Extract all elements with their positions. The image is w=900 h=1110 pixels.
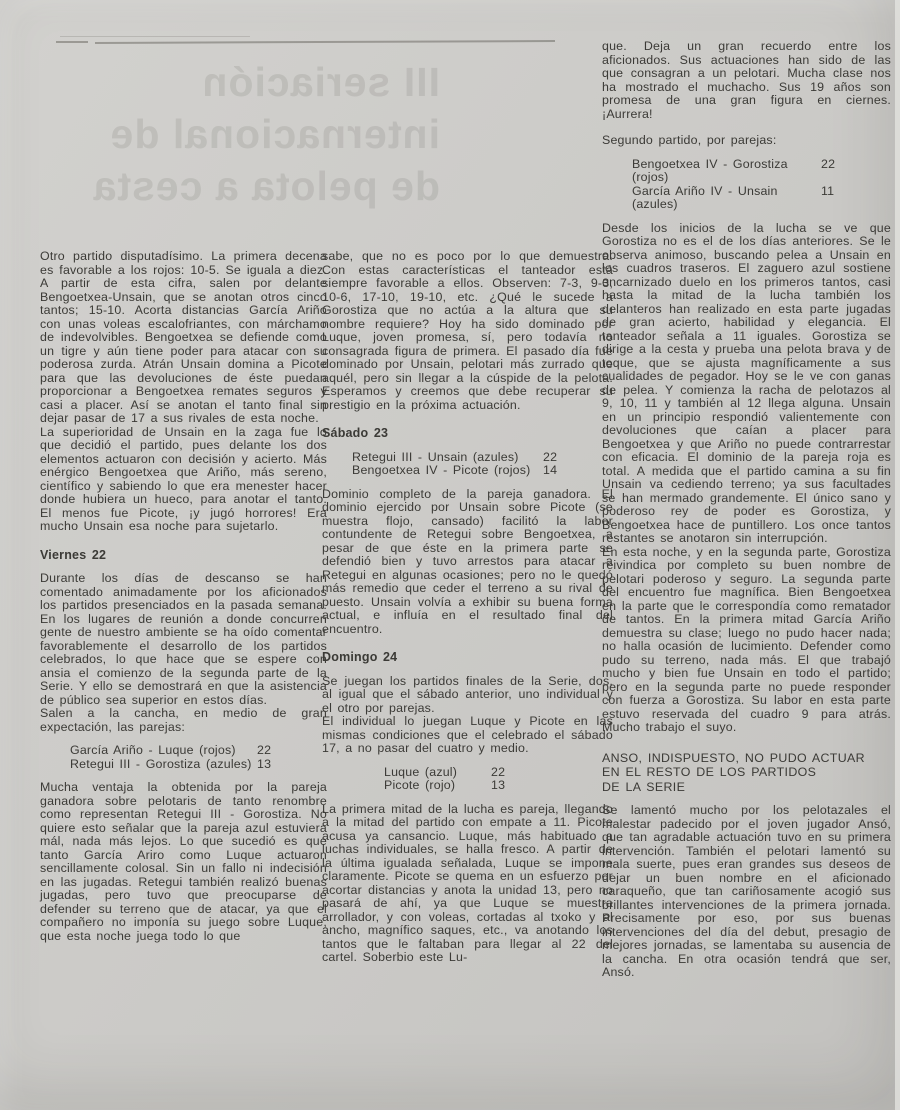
team-score: 22 [257, 744, 287, 758]
paragraph: que. Deja un gran recuerdo entre los afi… [602, 40, 891, 121]
team-names: Retegui III - Unsain (azules) [352, 451, 543, 465]
team-names: Luque (azul) [384, 766, 491, 780]
scoreline-block: Luque (azul)22Picote (rojo)13 [322, 766, 613, 793]
team-names: Bengoetxea IV - Gorostiza (rojos) [632, 158, 821, 185]
paragraph: Mucha ventaja la obtenida por la pareja … [40, 781, 327, 943]
paragraph: La superioridad de Unsain en la zaga fue… [40, 426, 327, 534]
paragraph: La primera mitad de la lucha es pareja, … [322, 803, 613, 965]
paragraph: En esta noche, y en la segunda parte, Go… [602, 546, 891, 735]
scoreline: Bengoetxea IV - Picote (rojos)14 [352, 464, 573, 478]
team-names: García Ariño IV - Unsain (azules) [632, 185, 821, 212]
paragraph: Dominio completo de la pareja ganadora. … [322, 488, 613, 637]
scoreline: Picote (rojo)13 [384, 779, 521, 793]
show-through-rule-faint [60, 36, 250, 37]
paragraph: Segundo partido, por parejas: [602, 134, 891, 148]
bleedthrough-line: III seriación [52, 56, 440, 108]
paragraph: Salen a la cancha, en medio de gran expe… [40, 707, 327, 734]
paragraph: Otro partido disputadísimo. La primera d… [40, 250, 327, 426]
bleedthrough-line: internacional de [52, 108, 440, 160]
scoreline: Retegui III - Gorostiza (azules)13 [70, 758, 287, 772]
scoreline: García Ariño IV - Unsain (azules)11 [632, 185, 851, 212]
paragraph: El individual lo juegan Luque y Picote e… [322, 715, 613, 756]
team-score: 13 [257, 758, 287, 772]
team-score: 11 [821, 185, 851, 212]
paragraph: Se juegan los partidos finales de la Ser… [322, 675, 613, 716]
scoreline: Luque (azul)22 [384, 766, 521, 780]
subsection-heading-caps: ANSO, INDISPUESTO, NO PUDO ACTUAREN EL R… [602, 751, 891, 795]
show-through-rule-segment [56, 41, 88, 43]
paragraph: Se lamentó mucho por los pelotazales el … [602, 804, 891, 980]
section-heading: Sábado 23 [322, 427, 613, 441]
column-middle: sabe, que no es poco por lo que demuestr… [322, 250, 613, 965]
paragraph: Durante los días de descanso se han come… [40, 572, 327, 707]
section-heading: Domingo 24 [322, 651, 613, 665]
team-names: Picote (rojo) [384, 779, 491, 793]
scoreline: García Ariño - Luque (rojos)22 [70, 744, 287, 758]
team-score: 13 [491, 779, 521, 793]
paragraph: sabe, que no es poco por lo que demuestr… [322, 250, 613, 412]
scanned-magazine-page: III seriacióninternacional dede pelota a… [0, 0, 900, 1110]
scoreline: Bengoetxea IV - Gorostiza (rojos)22 [632, 158, 851, 185]
scoreline-block: Retegui III - Unsain (azules)22Bengoetxe… [322, 451, 613, 478]
column-left: Otro partido disputadísimo. La primera d… [40, 250, 327, 943]
bleedthrough-line: de pelota a cesta [52, 160, 440, 212]
bleedthrough-headline: III seriacióninternacional dede pelota a… [52, 56, 440, 212]
scoreline-block: García Ariño - Luque (rojos)22Retegui II… [40, 744, 327, 771]
team-names: García Ariño - Luque (rojos) [70, 744, 257, 758]
section-heading: Viernes 22 [40, 549, 327, 563]
team-score: 22 [821, 158, 851, 185]
team-score: 22 [543, 451, 573, 465]
page-edge [895, 0, 900, 1110]
show-through-rule [95, 40, 555, 44]
team-score: 22 [491, 766, 521, 780]
team-score: 14 [543, 464, 573, 478]
team-names: Bengoetxea IV - Picote (rojos) [352, 464, 543, 478]
paragraph: Desde los inicios de la lucha se ve que … [602, 222, 891, 546]
scoreline-block: Bengoetxea IV - Gorostiza (rojos)22Garcí… [602, 158, 891, 212]
scoreline: Retegui III - Unsain (azules)22 [352, 451, 573, 465]
team-names: Retegui III - Gorostiza (azules) [70, 758, 257, 772]
column-right: que. Deja un gran recuerdo entre los afi… [602, 40, 891, 980]
